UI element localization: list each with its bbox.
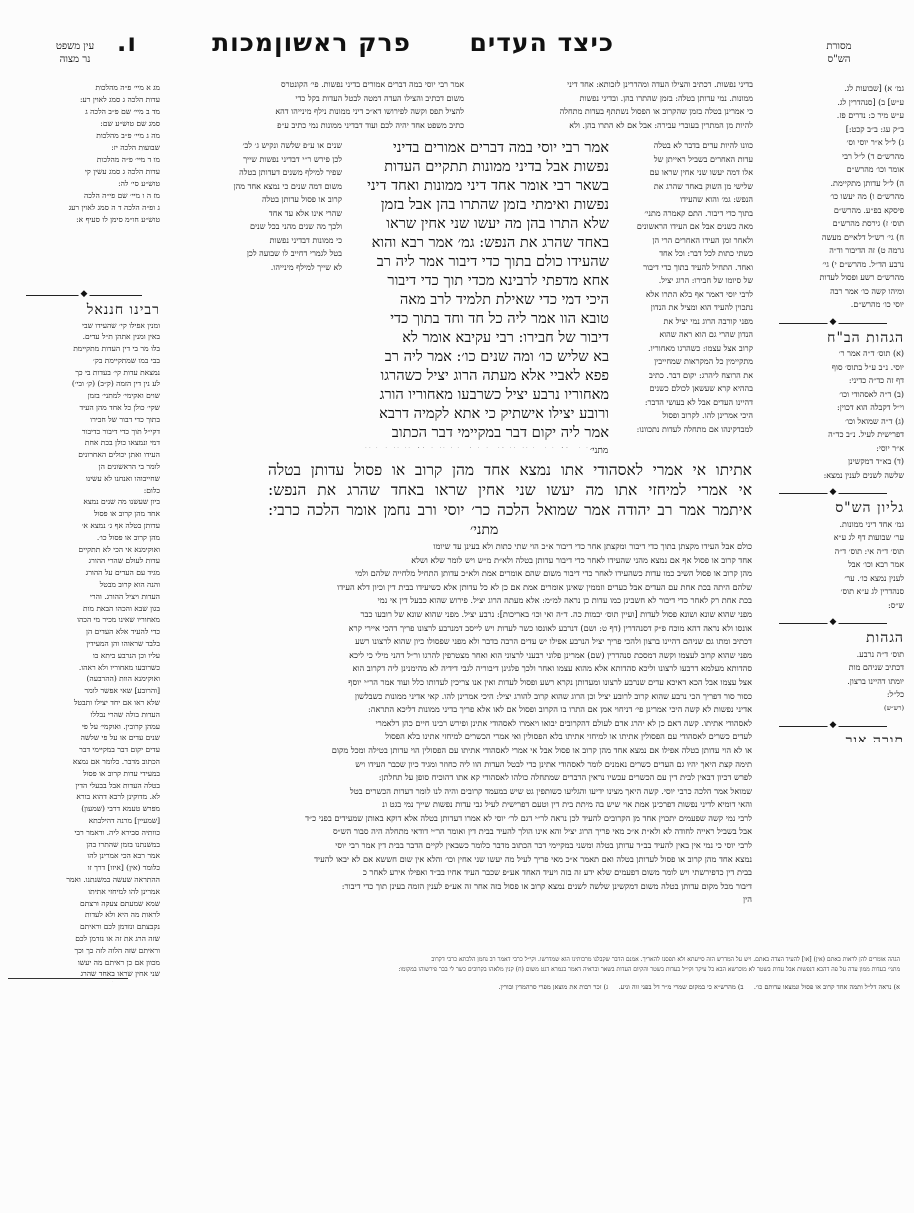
hagahot-line: תוס׳ ד״ה נרבע. [762,648,904,662]
folio-number: ו. [117,28,137,57]
chananel-line: העדות ויציל ההורג. והרי [8,591,160,603]
hagaha-note-2: מתני׳ בעדות ממון עדה על פה דהכא דנפשות א… [40,965,900,975]
chananel-line: בלבד שראוהו והן המעידין [8,638,160,650]
chananel-line: ההתראה שעשה במשנתנו. ואמר [8,874,160,886]
gemara-wide-line: איתמר אמר רב יהודה אמר שמואל הלכה כר׳ יו… [268,500,752,520]
masoret-line: ח) גי׳ רש״ל דלאיים מעשה [762,231,904,245]
tosafot-line: כי ממונות דבדיני נפשות [162,234,342,248]
gemara-line: פפא לאביי אלא מעתה הרוג יציל כשהרגו [347,366,609,385]
chananel-line: במעידי עדות קרוב או פסול [8,768,160,780]
gilyon-line: אמר רבא וכו׳ אבל [762,558,904,572]
chananel-line: במשנתנו בזמן שהתרו בהן [8,839,160,851]
ein-mishpat-line: טוש״ע חו״מ סימן לו סעיף א: [8,214,160,226]
ein-mishpat-ner-mitzva: מג א מיי׳ פ״ה מהלכותעדות הלכה ג סמג לאוי… [8,82,160,226]
gemara-line: אמר ליה יקום דבר במקיימי דבר הכתוב [347,423,609,442]
rashi-line: הנדון שהרי גם הוא ראה שהוא [612,328,753,342]
habach-line: (ב) ד״ה לאסהודי וכו׳ [762,388,904,402]
tosafot-line: אדיני נפשות לא קשה היכי אמרינן פי׳ דניחו… [162,703,752,717]
hagahot-line: כל״ל: [762,688,904,702]
chananel-line: שחייבוהו ואנחנו לא עשינו [8,473,160,485]
chananel-line: לומר בי הראשונים הן [8,461,160,473]
ein-mishpat-line: מו ד מיי׳ פ״ה מהלכות [8,154,160,166]
chananel-line: שזה הרג את זה או נזדמן לכם [8,933,160,945]
ein-mishpat-line: טוש״ע סי׳ לה: [8,178,160,190]
tosafot-line: והאי דומיא לדיני נפשות דפרכינן אמת אוי ש… [162,798,752,812]
ein-mishpat-line: מז ה ו מיי׳ שם פי״ה הלכה [8,190,160,202]
ein-mishpat-line: מד ב מיי׳ שם פ״ב הלכה ג [8,106,160,118]
chananel-line: באין ומנין אתהן ת״ל עדים. [8,331,160,343]
habach-line: דפרישית לעיל. נ״ב כד״ה [762,428,904,442]
masoret-line: מהרש״ם רשע ופסול לעדות [762,271,904,285]
tosafot-line: אמר רבי יוסי במה דברים אמורים בדיני נפשו… [162,78,464,92]
ein-mishpat-line: עדות הלכה ג סמג לאוין רע: [8,94,160,106]
gemara-line: מדבר: אמר רבי יוסי במה דברים אמורים וכו׳ [347,442,609,448]
rabbeinu-chananel: ומנין אפילו קי׳ שהעידו שביבאין ומנין אתה… [8,320,160,983]
chananel-line: העידו ואתן יכולים האחרונים [8,449,160,461]
footnote-3: ג) זכר רבות את מוצאן מפרי סרהמדין ובורין… [498,983,608,991]
torah-or-title: תורה אור [762,735,904,742]
tosafot-line: שנים או ע״פ שלשה ונקיש ג׳ לב׳ [162,139,342,153]
tosafot-line: דיבור מכל מקום עדותן בטלה משום דמקשינן ש… [162,880,752,894]
rashi-line: מתקיימין כל המקראות שמחייבין [612,355,753,369]
chananel-line: עדותן בטלה אף ג׳ נמצא א׳ [8,520,160,532]
habach-line: (א) תוס׳ ד״ה אמר ר׳ [762,347,904,361]
gilyon-line: תוס׳ ד״ה אי: תוס׳ ד״ה [762,545,904,559]
rashi-line: קרוב אצל עצמו: כשהרגו מאחוריו. [612,342,753,356]
ornament-divider [762,318,904,328]
gilyon-line: לענין נמצא כו׳. ער׳ [762,572,904,586]
ein-mishpat-label-1: עין משפט [40,40,110,53]
chananel-line: אמרינן להו למיחזי אתיתו [8,886,160,898]
tosafot-line: שהרי אינו אלא עד אחד [162,207,342,221]
hagahot-habach: (א) תוס׳ ד״ה אמר ר׳יוסי. נ״ב ע״ל בתוס׳ ס… [762,347,904,482]
habach-line: דף זה כד״ה כדיני: [762,374,904,388]
tosafot-line: תימה קצת היאך יהיו גם העדים כשרים נאמנים… [162,758,752,772]
tosafot-line: ולכך מה שנים מהני בכל שנים [162,220,342,234]
tosafot-line: אחד קרוב או פסול אף אם נמצא מהני שהעידו … [162,554,752,568]
chananel-line: ואוקימנא הוות (ההרבעה) [8,673,160,685]
chananel-line: דקי״ל תוך כדי דיבור כדיבור [8,426,160,438]
tosafot-bottom: כולם אבל העידו מקצתן בתוך כדי דיבור ומקצ… [162,540,752,950]
chananel-line: בגון שבא והכהו הבאת מות [8,603,160,615]
tosafot-line: לרבי יוסי כי נמי אין באין להעיד בב״ד עדו… [162,839,752,853]
ornament-divider [8,290,160,300]
masoret-line: תוס׳ ז) גירסת מהרש״ם [762,217,904,231]
chananel-line: אחד מהן קרוב או פסול [8,508,160,520]
chananel-line: שמא שמעתם צעקה ורצתם [8,898,160,910]
chananel-line: נמצאת עדות קי׳ בעדות בי כך [8,367,160,379]
tosafot-line: קרוב או פסול עדותן בטלה [162,193,342,207]
footnote-1: א) נראה דל״ל ותמה אחד קרוב או פסול ונמצא… [754,983,900,991]
tractate-name: מכות [212,28,274,57]
rashi-line: כשתי כתות לכל דבר: וכל אחד [612,247,753,261]
tosafot-line: דכתיב ומתו גם שניהם דהיינו ברצון ולהכי פ… [162,635,752,649]
rashi-line: היכי אמרינן להו. לקרוב ופסול [612,409,753,423]
rashi-line: בדיני נפשות. דכתיב והצילו העדה ומהדרינן … [470,78,753,92]
gemara-main-text: אמר רבי יוסי במה דברים אמורים בדינינפשות… [347,138,609,448]
masoret-line: מהרש״ם ד) ל״ל רבי [762,150,904,164]
chananel-line: [והרובע] שאי אפשר לומר [8,685,160,697]
tosafot-line: שפיר למילף משנים דעדותן בטלה [162,166,342,180]
chananel-line: והנה הוא קרוב מבטל [8,579,160,591]
masoret-line: ה) ל״ל עדותן מתקיימת. [762,177,904,191]
tosafot-line: מפני שהוא שונא ושונא פסול לעדות [ועיין ת… [162,608,752,622]
chananel-line: ומנין אפילו קי׳ שהעידו שבי [8,320,160,332]
tosafot-line: משום דמה שנים כי נמצא אחד מהן [162,180,342,194]
tosafot-top-narrow: שנים או ע״פ שלשה ונקיש ג׳ לב׳לכן פירש ר״… [162,139,342,439]
tosafot-line: או לא הוי עדותן בטלה אפילו אם נמצא אחד מ… [162,744,752,758]
chananel-line: מאחוריו שאינו מכיר מי הכהו [8,614,160,626]
gemara-line: באחד שהרג את הנפש: גמ׳ אמר רבא והוא [347,233,609,252]
masoret-line: אומר וכו׳ מהרש״ם [762,163,904,177]
gemara-line: טובא הוו אמר ליה כל חד וחד בתוך כדי [347,309,609,328]
masoret-line: יוסי כו׳ מהרש״ם. [762,298,904,312]
tosafot-line: לאסהודי אתיתו. קשה דאם כן לא יהרג אדם לע… [162,717,752,731]
chananel-line: עמהן קרובין. ואוקמי׳ על פי [8,721,160,733]
tosafot-line: בטל לגמרי דחייב לו שבועה לכן [162,247,342,261]
rashi-line: ממונות. נמי עדותן בטלה: בזמן שהתרו בהן. … [470,92,753,106]
rashi-line: למבדקינהו אם מתחלה לעדות נתכוונו: [612,423,753,437]
tosafot-line: סהדותא מעלמא דרבעו לרצונו וליכא סהדותא א… [162,662,752,676]
chananel-line: נקבצתם ונזדמן לכם וראיתם [8,921,160,933]
masoret-line: ג) ל״ל א״ר יוסי וס׳ [762,136,904,150]
rashi-line: עדות האחרים בשביל ראייתן של [612,153,753,167]
masoret-hashas: גמ׳ א) [שבועות לג.ע״ש] ב) [סנהדרין לג.ע״… [762,82,904,312]
gemara-wide-line: אתיתו אי אמרי לאסהודי אתו נמצא אחד מהן ק… [268,460,752,480]
masoret-line: מהרש״ם ו) מה יעשו כו׳ [762,190,904,204]
tosafot-line: מהן קרוב או פסול השיב כמו עדות כשהעידו ל… [162,567,752,581]
tosafot-top-wide: אמר רבי יוסי במה דברים אמורים בדיני נפשו… [162,78,464,140]
rashi-line: ואחד. התחיל להעיד בתוך כדי דיבור [612,261,753,275]
tosafot-line: אונסו ולא נראה דהא מוכח פ״ק דסנהדרין (דף… [162,622,752,636]
chananel-line: בתוך כדי דבור של חבירו [8,414,160,426]
chananel-line: בבי במו שמתקיימת בק׳ [8,355,160,367]
ein-mishpat-line: עדות הלכה ג סמג עשין קי [8,166,160,178]
chananel-line: דמי ונמצאו כולן בכת אחת [8,437,160,449]
tosafot-line: להציל תפס וקשה לפירושו דא״כ דיני ממונות … [162,105,464,119]
mishna-marker: מתני׳ [590,445,608,456]
gemara-line: שהעידו כולם בתוך כדי דיבור אמר ליה רב [347,252,609,271]
gemara-line: אמר רבי יוסי במה דברים אמורים בדיני [347,138,609,157]
ein-mishpat-line: סמג שם טוש״ע שם: [8,118,160,130]
hagahot: תוס׳ ד״ה נרבע.דכתיב שניהם מותיומתו דהיינ… [762,648,904,702]
rabbeinu-chananel-title: רבינו חננאל [8,304,160,318]
chananel-line: כשרובעו מאחוריו ולא ראהו. [8,662,160,674]
hagahot-note: (רש״ש) [762,702,904,716]
tosafot-line: כולם אבל העידו מקצתן בתוך כדי דיבור ומקצ… [162,540,752,554]
gemara-line: ורובע יצילו אישתיק כי אתא לקמיה דרבא [347,404,609,423]
spacer [8,226,160,284]
gemara-line: בא שליש כו׳ ומה שנים כו׳: אמר ליה רב [347,347,609,366]
chananel-line: מהן קרוב או פסול כו׳. [8,532,160,544]
ein-mishpat-line: מה ג מיי׳ פ״ב מהלכות [8,130,160,142]
gemara-line: בשאר רבי אומר אחד דיני ממונות ואחד דיני [347,176,609,195]
gemara-line: היכי דמי כדי שאילת תלמיד לרב מאה [347,290,609,309]
chananel-line: כוותיה סבירא ליה. ודאמר רבי [8,827,160,839]
tosafot-line: מפני שהוא קרוב לעצמו וקשה דמסכת סנהדרין … [162,649,752,663]
chananel-line: עליו וכן הנרבע ביתא בו [8,650,160,662]
tosafot-line: כסור סור דפריך הכי נרבע שהוא קרוב לרובע … [162,690,752,704]
chananel-line: כלום: [8,485,160,497]
chapter-name: כיצד העדים [469,28,614,57]
rashi-line: כוונו להיות עדים בדבר לא בטלה [612,139,753,153]
rashi-line: הנפש: גמ׳ והוא שהעידו [612,193,753,207]
ornament-divider [762,488,904,498]
chananel-line: בלו מר בי דין העדות מתקיימת [8,343,160,355]
habach-line: א״ר יוסי: [762,442,904,456]
gilyon-hashas-title: גליון הש"ס [762,502,904,516]
habach-line: שלשה לשנים לענין נמצא: [762,469,904,483]
tosafot-line: לפרש דכיון דבאין לבית דין עם הכשרים עכשי… [162,771,752,785]
perek-label: פרק ראשון [274,28,411,57]
tosafot-line: משום דכתיב והצילו העדה דמטה לבטל העדות ב… [162,92,464,106]
gemara-wide-text: אתיתו אי אמרי לאסהודי אתו נמצא אחד מהן ק… [268,460,752,520]
chananel-line: העדות בולה שהרי נבללו [8,709,160,721]
tosafot-line: לעדים כשרים לאסהודי עם הפסולין אתיתו או … [162,730,752,744]
chananel-line: מפרש טעמא דרבי (שמעון) [8,803,160,815]
chananel-line: שקי׳ כולן כל אחד מהן העיד [8,402,160,414]
hagahot-line: יומתו דהיינו ברצון. [762,675,904,689]
habach-line: יוסי. נ״ב ע״ל בתוס׳ סוף [762,361,904,375]
gemara-wide-line: אי אמרי למיחזי אתו מה יעשו שני אחין שראו… [268,480,752,500]
chananel-line: אמר רבא הכי אמרינן להו [8,850,160,862]
chananel-line: שוים ואקימי׳ למתני׳ בזמן [8,390,160,402]
rashi-line: מפני קורבה הרוג נמי יציל את [612,315,753,329]
chananel-line: לראות מה היא ולא לעדות [8,909,160,921]
ornament-divider [762,721,904,731]
masoret-line: גמ׳ א) [שבועות לג. [762,82,904,96]
tosafot-line: כתיב משפט אחד יהיה לכם ועוד דבדיני ממונו… [162,119,464,133]
tosafot-line: הין [162,893,752,907]
hagahot-habach-title: הגהות הב"ח [762,332,904,346]
rashi-line: בתוך כדי דיבור. התם קאמרה מתני׳ [612,207,753,221]
chananel-line: [שמעיין] מרנה דהילבתא [8,815,160,827]
ein-mishpat-line: מג א מיי׳ פ״ה מהלכות [8,82,160,94]
tosafot-line: אבל בשביל ראייה לחודה לא ולא״ת א״כ מאי פ… [162,825,752,839]
ein-mishpat-label-2: נר מצוה [40,53,110,66]
habach-line: וי״ל דקבלה הוא דכוין: [762,401,904,415]
masoret-line: ב״ק עג: ב״ב קכט:] [762,123,904,137]
ein-mishpat-line: ג ופ״ה הלכה ד ה סמג לאוין רעג [8,202,160,214]
rashi-wide: בדיני נפשות. דכתיב והצילו העדה ומהדרינן … [470,78,753,140]
footnotes: א) נראה דל״ל ותמה אחד קרוב או פסול ונמצא… [20,982,900,992]
rashi-line: נתכוין להעיד הוא ומציל את הנדון [612,301,753,315]
masoret-hashas-header: מסורת הש"ס [804,40,874,66]
rashi-line: של סיומו של חבירו: הרוג יציל. [612,274,753,288]
masoret-line: פיסקא בפ״ע. מהרש״ם [762,204,904,218]
chananel-line: כלומר (אין) [איזו] דרך זו [8,862,160,874]
masoret-label-2: הש"ס [804,53,874,66]
hagahot-title: הגהות [762,632,904,646]
chananel-line: כדי להעיד אלא העדים הן [8,626,160,638]
gemara-line: שלא התרו בהן מה יעשו שני אחין שראו [347,214,609,233]
chananel-line: לא. מדוקינן לרבא דהוא בורא [8,791,160,803]
hagaha-note-1: הגהה אומרים להן לראות באתם (אין) [או] לה… [40,955,900,965]
hagahot-line: דכתיב שניהם מות [762,661,904,675]
chananel-line: הכתוב מדבר. כלומר אם נמצא [8,756,160,768]
tosafot-line: בבית דין כדפירשתי ויש לומר משום דפעמים ש… [162,866,752,880]
rashi-line: בההיא קרא שעשאן לכולם כשנים [612,382,753,396]
gemara-line: אחא מדפתי לרבינא מכדי תוך כדי דיבור [347,271,609,290]
ein-mishpat-header: עין משפט נר מצוה [40,40,110,66]
rashi-line: אלו דמה יעשו שני אחין שראו עם [612,166,753,180]
tosafot-line: שמואל אמר הלכה כרבי יוסי. קשה היאך מצינו… [162,785,752,799]
ornament-divider [762,618,904,628]
rashi-line: לרבי יוסי דאמר אף בלא התרו אלא [612,288,753,302]
mishna-marker-2: מתני׳ [470,522,498,539]
rashi-line: שלישי מן השוק באחד שהרג את [612,180,753,194]
chananel-line: עדים יקום דבר במקיימי דבר [8,744,160,756]
gilyon-line: סנהדרין לג ע״א תוס׳ [762,585,904,599]
gemara-line: נפשות ואימתי בזמן שהתרו בהן אבל בזמן [347,195,609,214]
gilyon-line: ש״ס: [762,599,904,613]
rashi-line: מאה כשנים אבל אם העידו הראשונים [612,220,753,234]
chananel-line: ואוקימנא אי הכי לא תתקיים [8,544,160,556]
ein-mishpat-line: שבועות הלכה יז: [8,142,160,154]
tosafot-line: נמצא אחד מהן קרוב או פסול לעדותן בטלה וא… [162,853,752,867]
tosafot-line: לכן פירש ר״י דבדיני נפשות שייך [162,153,342,167]
habach-line: (ג) ד״ה שמואל וכו׳ [762,415,904,429]
gilyon-line: גמ׳ אחד דיני ממונות. [762,518,904,532]
tosafot-line: לרבי נמי קשה שפעמים יתכוין אחד מן הקרובי… [162,812,752,826]
gemara-line: נפשות אבל בדיני ממונות תתקיים העדות [347,157,609,176]
masoret-line: נרבע הד״ל. מהרש״ם י) גי׳ [762,258,904,272]
left-margin-column: מג א מיי׳ פ״ה מהלכותעדות הלכה ג סמג לאוי… [8,82,160,982]
footnote-2: ב) מהרש״א כי במקום שמרי מ״ר דל בפני זוה … [619,983,744,991]
footnote-rule [8,978,128,979]
masoret-label-1: מסורת [804,40,874,53]
tosafot-line: לא שייך למילף מינייהו. [162,261,342,275]
rashi-narrow: כוונו להיות עדים בדבר לא בטלהעדות האחרים… [612,139,753,439]
rashi-line: דהיינו העדים אבל לא בעושי הדבר: [612,396,753,410]
habach-line: (ד) בא״ד דמקשינן [762,455,904,469]
chananel-line: מגיד עם העדים על ההורג [8,567,160,579]
chananel-line: בטלה העדות אבל בבעלי הדין [8,780,160,792]
chananel-line: שלא ראו אם יחד יצילו ותבטל [8,697,160,709]
tosafot-line: בכת אחת רק לאחר כדי דיבור לא חשבינן כמו … [162,594,752,608]
tosafot-line: שלהם היתה בכת אחת עם העדים אבל כעדים וזמ… [162,581,752,595]
right-margin-column: גמ׳ א) [שבועות לג.ע״ש] ב) [סנהדרין לג.ע״… [762,82,904,742]
gilyon-hashas: גמ׳ אחד דיני ממונות.ער׳ שבועות דף לג ע״א… [762,518,904,613]
gemara-line: דיבור של חבירו: רבי עקיבא אומר לא [347,328,609,347]
masoret-line: ע״ש מיר כ: נדרים פז. [762,109,904,123]
gilyon-line: ער׳ שבועות דף לג ע״א [762,531,904,545]
tosafot-line: אצל עצמו אבל הכא דאיכא עדים שנרבע לרצונו… [162,676,752,690]
rashi-line: כי אמרינן בטלה בזמן שהקרוב או הפסול נשתת… [470,105,753,119]
chananel-line: עדות לעולם שהרי ההורג [8,555,160,567]
masoret-line: ע״ש] ב) [סנהדרין לג. [762,96,904,110]
rashi-line: להיות מן המתרין בעוברי עבירה: אבל אם לא … [470,119,753,133]
masoret-line: גרמה ט) זה הדיבור וד״ה [762,244,904,258]
masoret-line: ומיהו קשה כו׳ אמר רבה [762,285,904,299]
chananel-line: שנים עדים או על פי שלשה [8,732,160,744]
rashi-line: ולאחר זמן העידו האחרים הרי הן [612,234,753,248]
chananel-line: לע נין דין הזמה (ק״ב) (ק׳ ובי׳) [8,378,160,390]
chananel-line: ביון שעשנו מה שנים נמצא [8,496,160,508]
rashi-line: את הרוצח ליהרג: יקום דבר. כתיב [612,369,753,383]
gemara-line: מאחוריו נרבע יציל כשרבעו מאחוריו הורג [347,385,609,404]
